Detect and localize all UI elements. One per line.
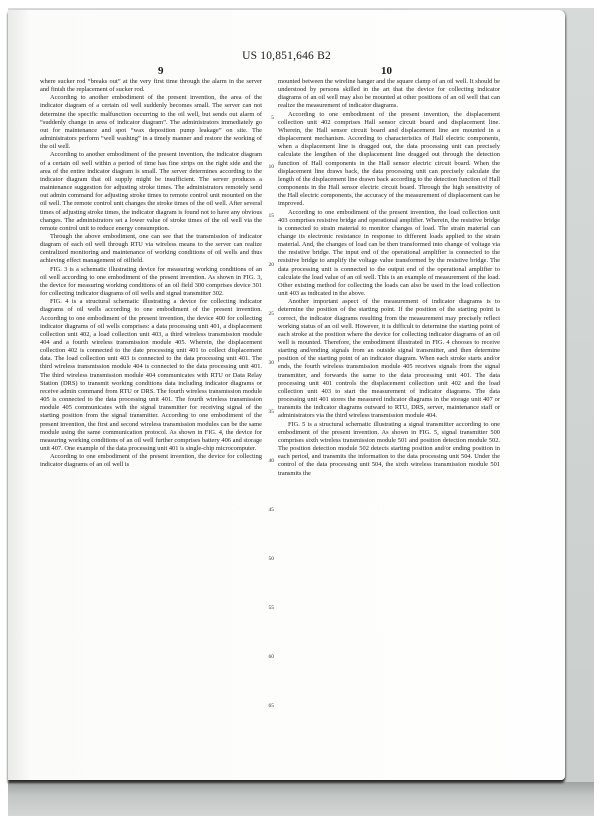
line-number: 25 <box>269 310 275 318</box>
paragraph: According to another embodiment of the p… <box>40 94 262 151</box>
line-number: 5 <box>271 114 274 122</box>
line-number: 60 <box>269 653 275 661</box>
line-number: 15 <box>269 212 275 220</box>
line-number: 30 <box>269 359 275 367</box>
paragraph: Through the above embodiment, one can se… <box>40 233 262 266</box>
paragraph: According to one embodiment of the prese… <box>278 111 500 209</box>
patent-page: US 10,851,646 B2 9 10 where sucker rod “… <box>8 10 565 780</box>
paragraph: mounted between the wireline hanger and … <box>278 78 500 111</box>
line-number: 35 <box>269 408 275 416</box>
paragraph: According to another embodiment of the p… <box>40 151 262 233</box>
left-column-number: 9 <box>158 65 164 77</box>
line-number: 10 <box>269 163 275 171</box>
paragraph: FIG. 5 is a structural schematic illustr… <box>278 421 500 478</box>
line-number: 55 <box>269 604 275 612</box>
patent-number: US 10,851,646 B2 <box>8 50 565 62</box>
paragraph: FIG. 3 is a schematic illustrating devic… <box>40 266 262 299</box>
paragraph: According to one embodiment of the prese… <box>40 453 262 469</box>
paragraph: where sucker rod “breaks out” at the ver… <box>40 78 262 94</box>
line-number: 65 <box>269 702 275 710</box>
right-column-number: 10 <box>381 65 392 77</box>
line-number: 50 <box>269 555 275 563</box>
paragraph: Another important aspect of the measurem… <box>278 298 500 420</box>
line-number: 40 <box>269 457 275 465</box>
right-column: mounted between the wireline hanger and … <box>278 78 500 478</box>
scanner-shadow <box>8 782 594 816</box>
paragraph: FIG. 4 is a structural schematic illustr… <box>40 298 262 453</box>
line-number: 45 <box>269 506 275 514</box>
left-column: where sucker rod “breaks out” at the ver… <box>40 78 262 470</box>
line-number: 20 <box>269 261 275 269</box>
paragraph: According to one embodiment of the prese… <box>278 209 500 299</box>
